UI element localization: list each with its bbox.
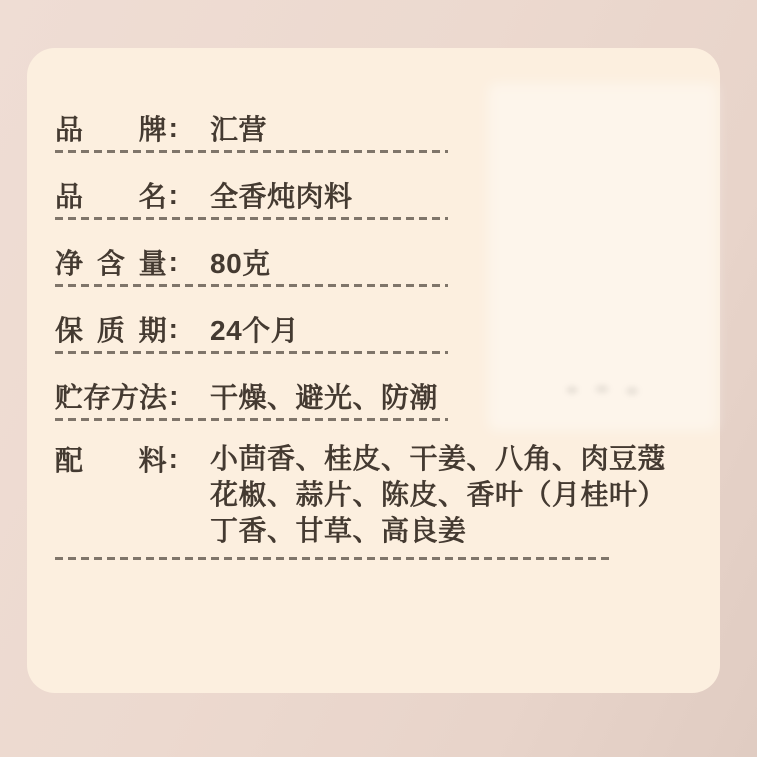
label-char: 量 [139,242,167,282]
dashed-divider [55,351,448,354]
product-spec-sheet: 品 牌 : 汇营 品 名 : 全香炖肉料 净 [0,0,757,757]
label-char: 含 [97,242,125,282]
label-char: 存 [83,376,111,416]
label-char: 期 [139,309,167,349]
ingredients-line: 花椒、蒜片、陈皮、香叶（月桂叶） [210,477,666,513]
label-char: 方 [111,376,139,416]
label-char-group: 料 : [139,439,178,479]
label-char: 质 [97,309,125,349]
field-value-brand: 汇营 [210,108,267,148]
dashed-divider [55,418,448,421]
label-char: 料 [139,439,167,479]
spec-row-storage: 贮 存 方 法 : 干燥、避光、防潮 [55,374,720,418]
dashed-divider [55,557,613,560]
spec-card: 品 牌 : 汇营 品 名 : 全香炖肉料 净 [27,48,720,693]
field-value-product-name: 全香炖肉料 [210,175,353,215]
spec-row-brand: 品 牌 : 汇营 [55,106,720,150]
label-char: 保 [55,309,83,349]
field-label-product-name: 品 名 : [55,175,178,215]
label-colon: : [169,380,178,412]
label-char: 品 [55,108,83,148]
field-value-shelf-life: 24个月 [210,309,299,349]
label-colon: : [169,443,178,475]
label-char-group: 期 : [139,309,178,349]
field-value-net-weight: 80克 [210,242,271,282]
label-colon: : [169,313,178,345]
dashed-divider [55,217,448,220]
label-colon: : [169,246,178,278]
spec-row-net-weight: 净 含 量 : 80克 [55,240,720,284]
field-label-shelf-life: 保 质 期 : [55,309,178,349]
label-char: 品 [55,175,83,215]
label-char-group: 法 : [139,376,178,416]
label-colon: : [169,112,178,144]
label-char: 净 [55,242,83,282]
ingredients-line: 小茴香、桂皮、干姜、八角、肉豆蔻 [210,441,666,477]
label-char-group: 牌 : [139,108,178,148]
dashed-divider [55,150,448,153]
label-char: 名 [139,175,167,215]
field-value-storage: 干燥、避光、防潮 [210,376,438,416]
label-char-group: 名 : [139,175,178,215]
spec-row-shelf-life: 保 质 期 : 24个月 [55,307,720,351]
label-char: 法 [139,376,167,416]
field-label-brand: 品 牌 : [55,108,178,148]
spec-row-product-name: 品 名 : 全香炖肉料 [55,173,720,217]
label-char: 牌 [139,108,167,148]
field-label-ingredients: 配 料 : [55,441,178,477]
field-label-storage: 贮 存 方 法 : [55,376,178,416]
label-char-group: 量 : [139,242,178,282]
field-label-net-weight: 净 含 量 : [55,242,178,282]
spec-row-ingredients: 配 料 : 小茴香、桂皮、干姜、八角、肉豆蔻 花椒、蒜片、陈皮、香叶（月桂叶） … [55,441,720,549]
label-char: 贮 [55,376,83,416]
dashed-divider [55,284,448,287]
field-value-ingredients: 小茴香、桂皮、干姜、八角、肉豆蔻 花椒、蒜片、陈皮、香叶（月桂叶） 丁香、甘草、… [210,441,666,549]
label-char: 配 [55,439,83,479]
label-colon: : [169,179,178,211]
ingredients-line: 丁香、甘草、高良姜 [210,513,666,549]
